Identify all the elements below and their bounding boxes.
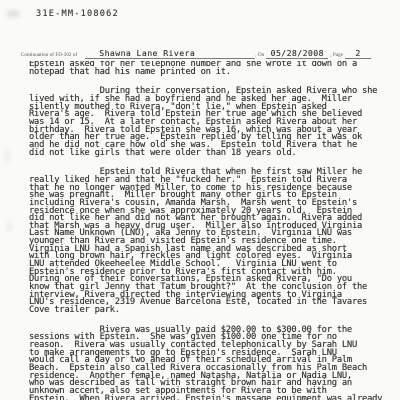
date-field: 05/28/2008 — [266, 48, 328, 59]
paragraph: Epstein asked for her telephone number a… — [29, 61, 386, 76]
paragraph: Epstein told Rivera that when he first s… — [29, 169, 386, 314]
case-number: 31E-MM-108062 — [36, 9, 119, 19]
document-body: Epstein asked for her telephone number a… — [29, 61, 386, 400]
on-label: , On — [255, 53, 264, 58]
continuation-label: Continuation of FD-302 of — [21, 53, 77, 58]
paragraph: Rivera was usually paid $200.00 to $300.… — [29, 327, 386, 400]
document-page: 31E-MM-108062 Continuation of FD-302 ofS… — [0, 0, 400, 400]
scan-smudge — [6, 222, 13, 232]
paragraph: During their conversation, Epstein asked… — [29, 88, 386, 157]
subject-name-field: Shawna Lane Rivera — [85, 48, 255, 59]
scan-smudge — [6, 10, 20, 18]
page-number-field: 2 — [345, 48, 371, 59]
scan-smudge — [4, 148, 10, 164]
page-label: , Page — [330, 53, 343, 58]
form-header: Continuation of FD-302 ofShawna Lane Riv… — [21, 41, 388, 60]
